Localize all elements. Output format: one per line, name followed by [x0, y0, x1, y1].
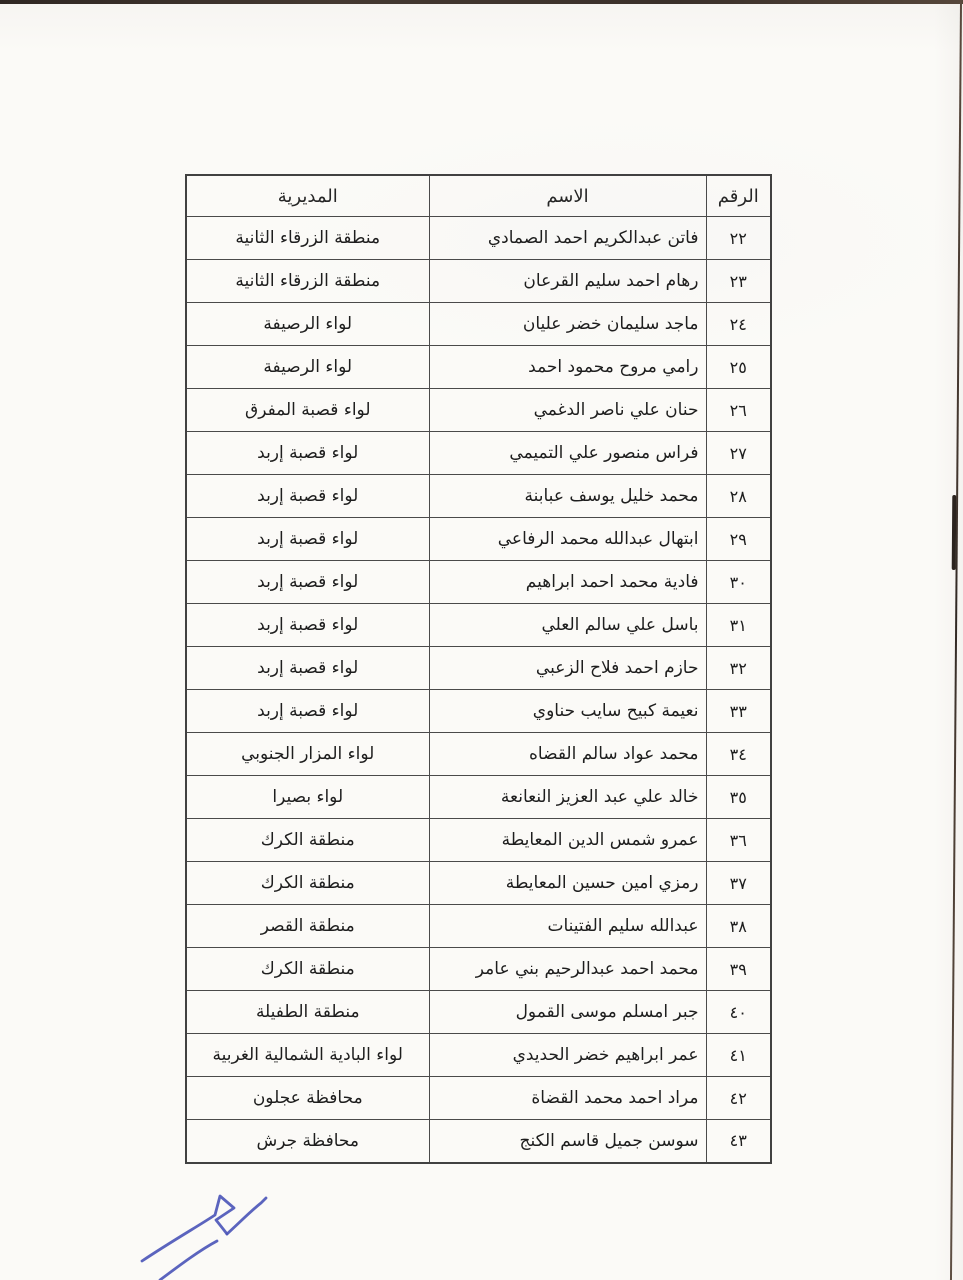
cell-directorate: لواء الرصيفة	[186, 303, 429, 346]
table-row: ٣٠فادية محمد احمد ابراهيملواء قصبة إربد	[186, 561, 771, 604]
table-row: ٢٩ابتهال عبدالله محمد الرفاعيلواء قصبة إ…	[186, 518, 771, 561]
cell-name: رامي مروح محمود احمد	[429, 346, 706, 389]
cell-number: ٣٧	[706, 862, 771, 905]
table-body: ٢٢فاتن عبدالكريم احمد الصماديمنطقة الزرق…	[186, 217, 771, 1163]
scan-right-edge-blob	[952, 495, 957, 570]
cell-number: ٢٦	[706, 389, 771, 432]
roster-table-container: الرقم الاسم المديرية ٢٢فاتن عبدالكريم اح…	[187, 174, 772, 1164]
cell-name: ابتهال عبدالله محمد الرفاعي	[429, 518, 706, 561]
cell-name: عمرو شمس الدين المعايطة	[429, 819, 706, 862]
cell-number: ٣٤	[706, 733, 771, 776]
cell-directorate: لواء قصبة إربد	[186, 604, 429, 647]
cell-name: عبدالله سليم الفتينات	[429, 905, 706, 948]
table-row: ٢٤ماجد سليمان خضر عليانلواء الرصيفة	[186, 303, 771, 346]
table-row: ٣١باسل علي سالم العليلواء قصبة إربد	[186, 604, 771, 647]
cell-directorate: منطقة الكرك	[186, 819, 429, 862]
table-row: ٢٦حنان علي ناصر الدغميلواء قصبة المفرق	[186, 389, 771, 432]
cell-directorate: منطقة الزرقاء الثانية	[186, 217, 429, 260]
cell-name: رهام احمد سليم القرعان	[429, 260, 706, 303]
table-row: ٢٨محمد خليل يوسف عبابنةلواء قصبة إربد	[186, 475, 771, 518]
cell-name: حازم احمد فلاح الزعبي	[429, 647, 706, 690]
cell-name: جبر امسلم موسى القمول	[429, 991, 706, 1034]
cell-name: مراد احمد محمد القضاة	[429, 1077, 706, 1120]
cell-number: ٤٢	[706, 1077, 771, 1120]
table-row: ٣٩محمد احمد عبدالرحيم بني عامرمنطقة الكر…	[186, 948, 771, 991]
table-header-row: الرقم الاسم المديرية	[186, 175, 771, 217]
cell-name: فراس منصور علي التميمي	[429, 432, 706, 475]
cell-directorate: لواء المزار الجنوبي	[186, 733, 429, 776]
cell-directorate: لواء البادية الشمالية الغربية	[186, 1034, 429, 1077]
table-row: ٣٣نعيمة كبيح سايب حناويلواء قصبة إربد	[186, 690, 771, 733]
table-row: ٣٧رمزي امين حسين المعايطةمنطقة الكرك	[186, 862, 771, 905]
table-row: ٣٢حازم احمد فلاح الزعبيلواء قصبة إربد	[186, 647, 771, 690]
cell-directorate: منطقة الكرك	[186, 948, 429, 991]
cell-name: خالد علي عبد العزيز النعانعة	[429, 776, 706, 819]
table-row: ٢٧فراس منصور علي التميميلواء قصبة إربد	[186, 432, 771, 475]
cell-number: ٢٧	[706, 432, 771, 475]
cell-directorate: لواء قصبة المفرق	[186, 389, 429, 432]
table-row: ٤٣سوسن جميل قاسم الكنجمحافظة جرش	[186, 1120, 771, 1163]
cell-number: ٣٣	[706, 690, 771, 733]
cell-number: ٢٩	[706, 518, 771, 561]
table-row: ٤٠جبر امسلم موسى القمولمنطقة الطفيلة	[186, 991, 771, 1034]
cell-number: ٣٦	[706, 819, 771, 862]
cell-number: ٤٣	[706, 1120, 771, 1163]
cell-number: ٢٥	[706, 346, 771, 389]
cell-directorate: لواء الرصيفة	[186, 346, 429, 389]
cell-directorate: لواء قصبة إربد	[186, 690, 429, 733]
signature-stroke-bottom	[160, 1241, 217, 1280]
table-row: ٣٤محمد عواد سالم القضاهلواء المزار الجنو…	[186, 733, 771, 776]
cell-directorate: لواء قصبة إربد	[186, 561, 429, 604]
cell-number: ٣١	[706, 604, 771, 647]
cell-directorate: لواء بصيرا	[186, 776, 429, 819]
table-row: ٤٢مراد احمد محمد القضاةمحافظة عجلون	[186, 1077, 771, 1120]
cell-directorate: لواء قصبة إربد	[186, 518, 429, 561]
table-row: ٢٥رامي مروح محمود احمدلواء الرصيفة	[186, 346, 771, 389]
cell-directorate: لواء قصبة إربد	[186, 475, 429, 518]
cell-directorate: لواء قصبة إربد	[186, 432, 429, 475]
cell-name: محمد عواد سالم القضاه	[429, 733, 706, 776]
cell-name: عمر ابراهيم خضر الحديدي	[429, 1034, 706, 1077]
cell-number: ٢٨	[706, 475, 771, 518]
cell-directorate: منطقة الكرك	[186, 862, 429, 905]
scanned-document-page: { "page": { "paper_color": "#fbfaf7", "t…	[0, 0, 963, 1280]
cell-name: ماجد سليمان خضر عليان	[429, 303, 706, 346]
cell-number: ٢٢	[706, 217, 771, 260]
cell-number: ٢٣	[706, 260, 771, 303]
cell-directorate: لواء قصبة إربد	[186, 647, 429, 690]
cell-number: ٣٨	[706, 905, 771, 948]
cell-number: ٤١	[706, 1034, 771, 1077]
table-row: ٣٨عبدالله سليم الفتيناتمنطقة القصر	[186, 905, 771, 948]
cell-directorate: محافظة عجلون	[186, 1077, 429, 1120]
cell-directorate: منطقة القصر	[186, 905, 429, 948]
cell-name: نعيمة كبيح سايب حناوي	[429, 690, 706, 733]
table-row: ٣٦عمرو شمس الدين المعايطةمنطقة الكرك	[186, 819, 771, 862]
signature-stroke-right	[227, 1198, 266, 1234]
table-row: ٤١عمر ابراهيم خضر الحديديلواء البادية ال…	[186, 1034, 771, 1077]
cell-number: ٢٤	[706, 303, 771, 346]
roster-table: الرقم الاسم المديرية ٢٢فاتن عبدالكريم اح…	[185, 174, 772, 1164]
header-directorate: المديرية	[186, 175, 429, 217]
table-row: ٢٣رهام احمد سليم القرعانمنطقة الزرقاء ال…	[186, 260, 771, 303]
cell-name: سوسن جميل قاسم الكنج	[429, 1120, 706, 1163]
cell-name: فاتن عبدالكريم احمد الصمادي	[429, 217, 706, 260]
cell-name: محمد خليل يوسف عبابنة	[429, 475, 706, 518]
cell-number: ٣٢	[706, 647, 771, 690]
signature-stroke-main	[142, 1196, 234, 1261]
cell-number: ٣٩	[706, 948, 771, 991]
cell-name: رمزي امين حسين المعايطة	[429, 862, 706, 905]
scan-right-edge	[950, 0, 962, 1280]
cell-directorate: منطقة الطفيلة	[186, 991, 429, 1034]
header-name: الاسم	[429, 175, 706, 217]
cell-number: ٣٥	[706, 776, 771, 819]
signature-ink	[100, 1178, 310, 1280]
cell-number: ٤٠	[706, 991, 771, 1034]
cell-directorate: منطقة الزرقاء الثانية	[186, 260, 429, 303]
scan-top-edge	[0, 0, 963, 4]
cell-name: فادية محمد احمد ابراهيم	[429, 561, 706, 604]
cell-name: محمد احمد عبدالرحيم بني عامر	[429, 948, 706, 991]
cell-number: ٣٠	[706, 561, 771, 604]
header-number: الرقم	[706, 175, 771, 217]
cell-directorate: محافظة جرش	[186, 1120, 429, 1163]
table-row: ٢٢فاتن عبدالكريم احمد الصماديمنطقة الزرق…	[186, 217, 771, 260]
cell-name: حنان علي ناصر الدغمي	[429, 389, 706, 432]
table-row: ٣٥خالد علي عبد العزيز النعانعةلواء بصيرا	[186, 776, 771, 819]
cell-name: باسل علي سالم العلي	[429, 604, 706, 647]
